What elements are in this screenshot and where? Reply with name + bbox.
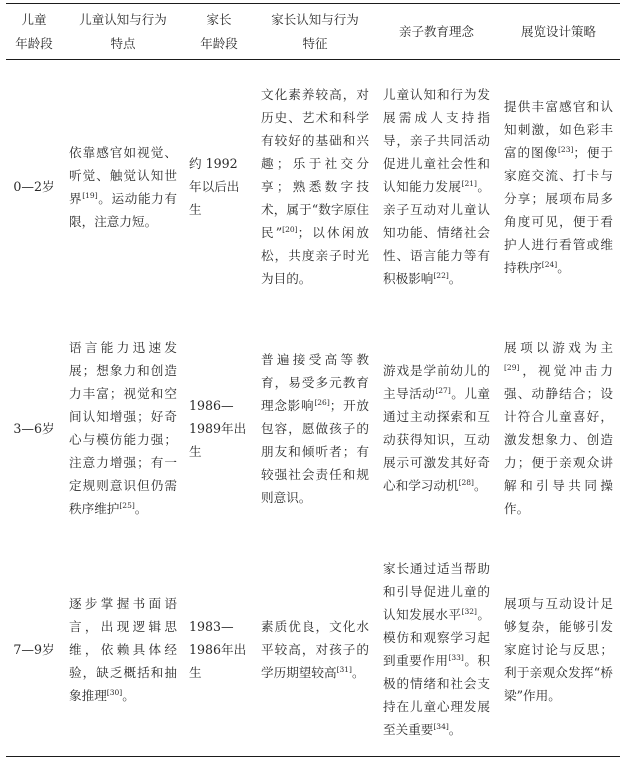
header-education-concept: 亲子教育理念 — [376, 4, 497, 60]
exhibition-design-strategy: 展项与互动设计足够复杂，能够引发家庭讨论与反思；利于亲观众发挥“桥梁”作用。 — [497, 543, 620, 757]
comparison-table: 儿童 年龄段 儿童认知与行为 特点 家长 年龄段 家长认知与行为 特征 亲子教育… — [6, 3, 620, 757]
header-row: 儿童 年龄段 儿童认知与行为 特点 家长 年龄段 家长认知与行为 特征 亲子教育… — [6, 4, 620, 60]
exhibition-design-strategy: 展项以游戏为主[29]，视觉冲击力强、动静结合；设计符合儿童喜好，激发想象力、创… — [497, 314, 620, 543]
child-cognition-traits: 依靠感官如视觉、听觉、触觉认知世界[19]。运动能力有限，注意力短。 — [62, 60, 184, 314]
citation-ref: [34] — [433, 722, 448, 731]
header-design-strategy: 展览设计策略 — [497, 4, 620, 60]
child-age-range: 3—6岁 — [6, 314, 62, 543]
citation-ref: [27] — [435, 386, 450, 395]
parenting-education-concept: 儿童认知和行为发展需成人支持指导，亲子共同活动促进儿童社会性和认知能力发展[21… — [376, 60, 497, 314]
parent-cognition-traits: 普遍接受高等教育，易受多元教育理念影响[26]；开放包容，愿做孩子的朋友和倾听者… — [254, 314, 376, 543]
citation-ref: [33] — [448, 653, 463, 662]
citation-ref: [19] — [82, 191, 97, 200]
parent-age-range: 1986—1989年出生 — [184, 314, 254, 543]
parent-age-range: 约 1992 年以后出生 — [184, 60, 254, 314]
citation-ref: [24] — [542, 260, 557, 269]
header-child-age: 儿童 年龄段 — [6, 4, 62, 60]
exhibition-design-strategy: 提供丰富感官和认知刺激，如色彩丰富的图像[23]；便于家庭交流、打卡与分享；展项… — [497, 60, 620, 314]
citation-ref: [28] — [459, 478, 474, 487]
parenting-education-concept: 家长通过适当帮助和引导促进儿童的认知发展水平[32]。模仿和观察学习起到重要作用… — [376, 543, 497, 757]
citation-ref: [31] — [337, 665, 352, 674]
header-parent-age: 家长 年龄段 — [184, 4, 254, 60]
table-row: 7—9岁逐步掌握书面语言，出现逻辑思维，依赖具体经验，缺乏概括和抽象推理[30]… — [6, 543, 620, 757]
child-age-range: 0—2岁 — [6, 60, 62, 314]
citation-ref: [20] — [282, 225, 297, 234]
citation-ref: [32] — [462, 607, 477, 616]
table-row: 3—6岁语言能力迅速发展；想象力和创造力丰富；视觉和空间认知增强；好奇心与模仿能… — [6, 314, 620, 543]
citation-ref: [30] — [107, 688, 122, 697]
parenting-education-concept: 游戏是学前幼儿的主导活动[27]。儿童通过主动探索和互动获得知识，互动展示可激发… — [376, 314, 497, 543]
child-cognition-traits: 语言能力迅速发展；想象力和创造力丰富；视觉和空间认知增强；好奇心与模仿能力强；注… — [62, 314, 184, 543]
citation-ref: [26] — [314, 397, 329, 406]
child-age-range: 7—9岁 — [6, 543, 62, 757]
table-row: 0—2岁依靠感官如视觉、听觉、触觉认知世界[19]。运动能力有限，注意力短。约 … — [6, 60, 620, 314]
citation-ref: [23] — [558, 145, 573, 154]
header-child-traits: 儿童认知与行为 特点 — [62, 4, 184, 60]
parent-cognition-traits: 文化素养较高，对历史、艺术和科学有较好的基础和兴趣；乐于社交分享；熟悉数字技术，… — [254, 60, 376, 314]
paper-table-page: 儿童 年龄段 儿童认知与行为 特点 家长 年龄段 家长认知与行为 特征 亲子教育… — [0, 0, 625, 769]
table-header: 儿童 年龄段 儿童认知与行为 特点 家长 年龄段 家长认知与行为 特征 亲子教育… — [6, 4, 620, 60]
citation-ref: [22] — [433, 271, 448, 280]
citation-ref: [21] — [462, 179, 477, 188]
citation-ref: [25] — [119, 501, 134, 510]
table-body: 0—2岁依靠感官如视觉、听觉、触觉认知世界[19]。运动能力有限，注意力短。约 … — [6, 60, 620, 757]
child-cognition-traits: 逐步掌握书面语言，出现逻辑思维，依赖具体经验，缺乏概括和抽象推理[30]。 — [62, 543, 184, 757]
parent-cognition-traits: 素质优良，文化水平较高，对孩子的学历期望较高[31]。 — [254, 543, 376, 757]
header-parent-traits: 家长认知与行为 特征 — [254, 4, 376, 60]
parent-age-range: 1983—1986年出生 — [184, 543, 254, 757]
citation-ref: [29] — [504, 363, 519, 372]
